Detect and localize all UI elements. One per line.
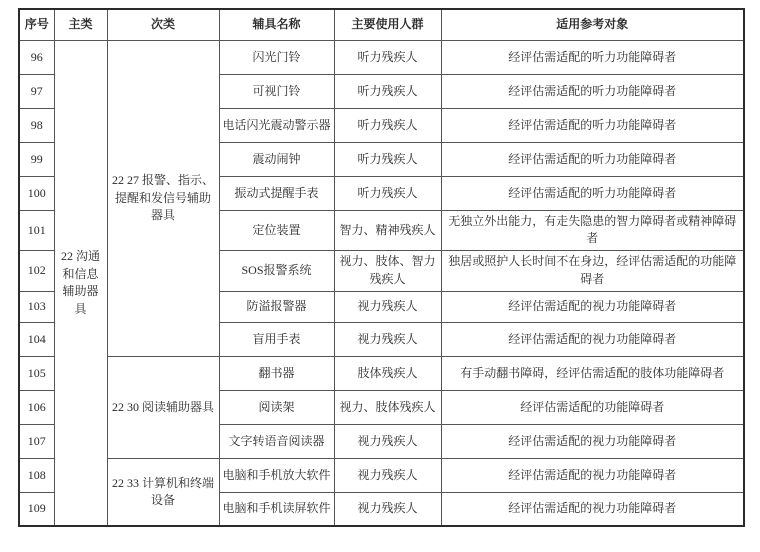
cell-reference: 经评估需适配的视力功能障碍者 (441, 424, 744, 458)
column-header-sub-category: 次类 (107, 9, 219, 41)
cell-user-group: 视力残疾人 (334, 424, 441, 458)
cell-reference: 无独立外出能力，有走失隐患的智力障碍者或精神障碍者 (441, 211, 744, 251)
cell-main-category: 22 沟通和信息辅助器具 (54, 41, 107, 527)
cell-no: 97 (19, 75, 54, 109)
cell-user-group: 听力残疾人 (334, 177, 441, 211)
cell-device-name: SOS报警系统 (219, 250, 334, 291)
cell-user-group: 视力残疾人 (334, 458, 441, 492)
cell-no: 100 (19, 177, 54, 211)
table-row: 108 22 33 计算机和终端设备 电脑和手机放大软件 视力残疾人 经评估需适… (19, 458, 744, 492)
cell-user-group: 视力残疾人 (334, 291, 441, 322)
cell-device-name: 电脑和手机放大软件 (219, 458, 334, 492)
cell-no: 109 (19, 492, 54, 526)
cell-device-name: 可视门铃 (219, 75, 334, 109)
column-header-user-group: 主要使用人群 (334, 9, 441, 41)
column-header-device-name: 辅具名称 (219, 9, 334, 41)
cell-user-group: 肢体残疾人 (334, 356, 441, 390)
cell-device-name: 闪光门铃 (219, 41, 334, 75)
cell-device-name: 电话闪光震动警示器 (219, 109, 334, 143)
column-header-main-category: 主类 (54, 9, 107, 41)
column-header-reference: 适用参考对象 (441, 9, 744, 41)
cell-reference: 经评估需适配的听力功能障碍者 (441, 177, 744, 211)
cell-device-name: 翻书器 (219, 356, 334, 390)
cell-no: 101 (19, 211, 54, 251)
cell-user-group: 听力残疾人 (334, 143, 441, 177)
cell-device-name: 定位装置 (219, 211, 334, 251)
cell-user-group: 听力残疾人 (334, 109, 441, 143)
cell-no: 96 (19, 41, 54, 75)
cell-sub-category: 22 33 计算机和终端设备 (107, 458, 219, 526)
cell-user-group: 听力残疾人 (334, 41, 441, 75)
table-row: 96 22 沟通和信息辅助器具 22 27 报警、指示、提醒和发信号辅助器具 闪… (19, 41, 744, 75)
cell-user-group: 视力残疾人 (334, 492, 441, 526)
cell-sub-category: 22 27 报警、指示、提醒和发信号辅助器具 (107, 41, 219, 357)
cell-reference: 经评估需适配的听力功能障碍者 (441, 143, 744, 177)
cell-reference: 经评估需适配的听力功能障碍者 (441, 41, 744, 75)
cell-no: 105 (19, 356, 54, 390)
cell-no: 106 (19, 390, 54, 424)
cell-reference: 经评估需适配的听力功能障碍者 (441, 75, 744, 109)
table-row: 105 22 30 阅读辅助器具 翻书器 肢体残疾人 有手动翻书障碍，经评估需适… (19, 356, 744, 390)
cell-sub-category: 22 30 阅读辅助器具 (107, 356, 219, 458)
cell-reference: 有手动翻书障碍，经评估需适配的肢体功能障碍者 (441, 356, 744, 390)
cell-user-group: 视力残疾人 (334, 322, 441, 356)
cell-reference: 独居或照护人长时间不在身边，经评估需适配的功能障碍者 (441, 250, 744, 291)
cell-no: 98 (19, 109, 54, 143)
cell-device-name: 阅读架 (219, 390, 334, 424)
cell-no: 107 (19, 424, 54, 458)
cell-reference: 经评估需适配的功能障碍者 (441, 390, 744, 424)
cell-no: 108 (19, 458, 54, 492)
cell-reference: 经评估需适配的视力功能障碍者 (441, 492, 744, 526)
document-page: 序号 主类 次类 辅具名称 主要使用人群 适用参考对象 96 22 沟通和信息辅… (0, 0, 760, 552)
cell-user-group: 听力残疾人 (334, 75, 441, 109)
cell-reference: 经评估需适配的听力功能障碍者 (441, 109, 744, 143)
cell-device-name: 防溢报警器 (219, 291, 334, 322)
cell-device-name: 文字转语音阅读器 (219, 424, 334, 458)
cell-no: 99 (19, 143, 54, 177)
cell-reference: 经评估需适配的视力功能障碍者 (441, 291, 744, 322)
cell-no: 103 (19, 291, 54, 322)
cell-no: 102 (19, 250, 54, 291)
cell-no: 104 (19, 322, 54, 356)
cell-device-name: 振动式提醒手表 (219, 177, 334, 211)
cell-user-group: 视力、肢体残疾人 (334, 390, 441, 424)
column-header-no: 序号 (19, 9, 54, 41)
cell-user-group: 视力、肢体、智力残疾人 (334, 250, 441, 291)
cell-user-group: 智力、精神残疾人 (334, 211, 441, 251)
assistive-devices-table: 序号 主类 次类 辅具名称 主要使用人群 适用参考对象 96 22 沟通和信息辅… (18, 8, 745, 527)
cell-device-name: 电脑和手机读屏软件 (219, 492, 334, 526)
cell-reference: 经评估需适配的视力功能障碍者 (441, 322, 744, 356)
cell-reference: 经评估需适配的视力功能障碍者 (441, 458, 744, 492)
cell-device-name: 震动闹钟 (219, 143, 334, 177)
header-row: 序号 主类 次类 辅具名称 主要使用人群 适用参考对象 (19, 9, 744, 41)
cell-device-name: 盲用手表 (219, 322, 334, 356)
